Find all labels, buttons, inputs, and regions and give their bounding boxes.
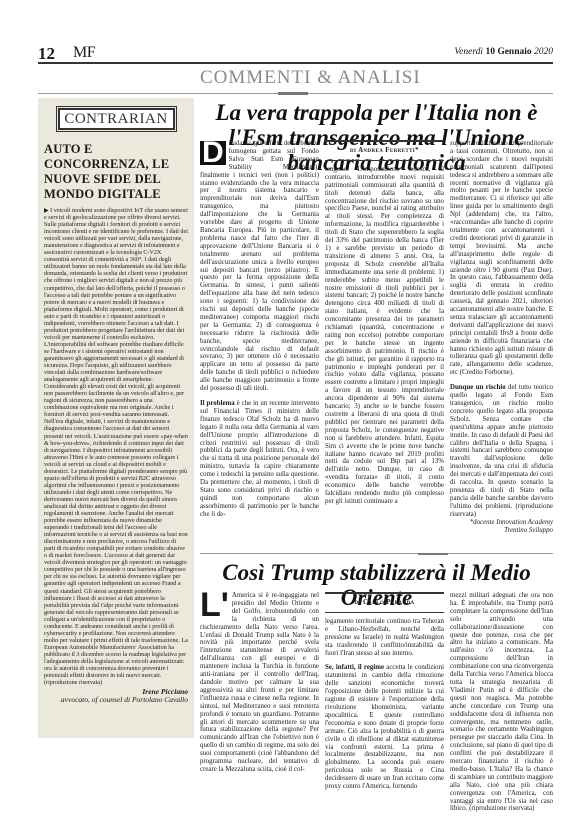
article2-text: accetta le condizioni statunitensi in ca… — [325, 664, 444, 790]
paragraph-lead: Dunque un rischio — [450, 384, 506, 391]
issue-date: Venerdì 10 Gennaio 2020 — [454, 47, 553, 57]
author-footnote: *docente Innovation Academy Trentino Svi… — [450, 519, 553, 535]
arrow-right-icon: ▶ — [44, 208, 49, 214]
date-main: 10 Gennaio — [485, 47, 531, 57]
article2-column-3: mezzi militari adeguati che ora non ha. … — [450, 592, 553, 812]
contrarian-sidebar: CONTRARIAN Auto e concorrenza, le nuove … — [38, 98, 194, 738]
article-divider-accent — [418, 553, 448, 555]
sidebar-body-text: I veicoli moderni sono dispositivi IoT c… — [44, 208, 188, 686]
paragraph-lead: Il problema — [200, 400, 235, 407]
contrarian-label: CONTRARIAN — [58, 108, 175, 130]
article1-paragraph: Il problema è che in un recente interven… — [200, 400, 319, 519]
section-title: COMMENTI & ANALISI — [200, 67, 421, 89]
article1-paragraph: Dunque un rischio del tutto teorico quel… — [450, 384, 553, 518]
article2-text: mezzi militari adeguati che ora non ha. … — [450, 592, 553, 813]
article2-column-2: di Carlo Pelanda legamento territoriale … — [325, 592, 444, 812]
article2-byline: di Carlo Pelanda — [325, 592, 444, 613]
section-rule-accent — [278, 92, 308, 95]
sidebar-headline: Auto e concorrenza, le nuove sfide del m… — [44, 142, 188, 202]
masthead-rule — [38, 62, 553, 64]
dropcap: D — [200, 141, 226, 165]
page-number: 12 — [38, 44, 55, 64]
article1-text: tengono. L'impostazione tedesca, al cont… — [325, 166, 444, 506]
article1-byline: di Andrea Ferretti* — [325, 140, 444, 161]
article-divider — [200, 553, 553, 554]
article1-text: supportare il tessuto imprenditoriale a … — [450, 140, 553, 377]
article1-column-1: Diradatisi gli effetti della bomba fumog… — [200, 140, 319, 550]
article1-text: è che in un recente intervento sul Finan… — [200, 400, 319, 518]
article2-column-1: L'America si è re-ingaggiata nel presidi… — [200, 592, 319, 812]
article2-text: legamento territoriale continuo tra Tehe… — [325, 618, 444, 658]
article1-column-2: di Andrea Ferretti* tengono. L'impostazi… — [325, 140, 444, 550]
sidebar-signature: Irene Picciano avvocato, of counsel di P… — [44, 688, 188, 704]
masthead: 12 MF Venerdì 10 Gennaio 2020 — [38, 0, 553, 64]
article1-text: iradatisi gli effetti della bomba fumoge… — [200, 140, 319, 392]
date-day: Venerdì — [454, 47, 483, 57]
article1-text: del tutto teorico quello legato al Fondo… — [450, 384, 553, 518]
date-year: 2020 — [534, 47, 553, 57]
dropcap: L' — [200, 592, 229, 618]
paragraph-lead: Se, infatti, il regime — [325, 664, 384, 671]
author-role: avvocato, of counsel di Portolano Cavall… — [44, 696, 188, 704]
article1-column-3: supportare il tessuto imprenditoriale a … — [450, 140, 553, 550]
sidebar-body: ▶ I veicoli moderni sono dispositivi IoT… — [44, 208, 188, 687]
brand-logo: MF — [73, 44, 95, 62]
article2-paragraph: Se, infatti, il regime accetta le condiz… — [325, 664, 444, 791]
